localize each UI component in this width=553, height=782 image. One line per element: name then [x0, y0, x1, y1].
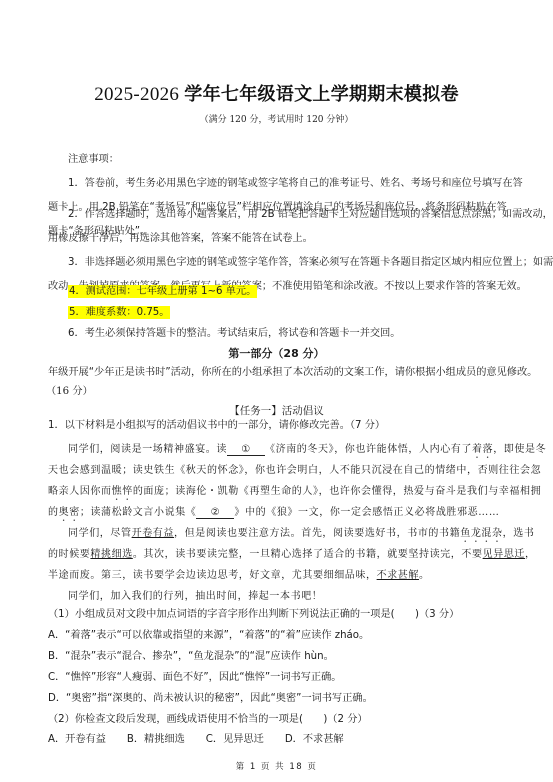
dotted-word: 憔悴: [112, 486, 133, 497]
passage-text: 》中的《狼》一文，你一定会感悟正义必将战胜邪恶……: [234, 507, 499, 518]
question-1-stem: 1．以下材料是小组拟写的活动倡议书中的一部分，请你修改完善。（7 分）: [48, 419, 385, 433]
passage-text: 的面庞；读海伦・凯勒《再塑生命的人》，也许你会懂得，热爱与奋斗是我们与幸福相拥: [133, 486, 541, 497]
highlighted-text: 5．难度系数：0.75。: [68, 306, 170, 319]
passage-text: ，选书: [503, 528, 535, 539]
passage-line-3: 略亲人因你而憔悴的面庞；读海伦・凯勒《再塑生命的人》，也许你会懂得，热爱与奋斗是…: [48, 482, 541, 503]
passage-text: 同学们，尽管: [68, 528, 132, 539]
notice-item-3-line-1: 3．非选择题必须用黑色字迹的钢笔或签字笔作答，答案必须写在答题卡各题目指定区域内…: [68, 256, 553, 270]
passage-text: ，但是阅读也要注意方法。首先，阅读要选好书，书市的书籍: [174, 528, 460, 539]
option-d: D．“奥密”指“深奥的、尚未被认识的秘密”，因此“奥密”一词书写正确。: [48, 692, 373, 706]
passage-line-2: 天也会感到温暖；读史铁生《秋天的怀念》，你也许会明白，人不能只沉浸在自己的情绪中…: [48, 461, 541, 476]
passage-text: 的时候要: [48, 549, 90, 560]
option-d: D．不求甚解: [285, 734, 344, 745]
sub-question-1-stem: （1）小组成员对文段中加点词语的字音字形作出判断下列说法正确的一项是( )（3 …: [48, 608, 459, 622]
notice-heading: 注意事项：: [68, 153, 119, 167]
underlined-idiom: 不求甚解: [377, 570, 419, 581]
underlined-idiom: 精挑细选: [90, 549, 132, 560]
passage-line-1: 同学们，阅读是一场精神盛宴。读①《济南的冬天》，你也许能体悟，人内心有了着落，即…: [68, 440, 546, 461]
option-c: C．“憔悴”形容“人瘦弱、面色不好”，因此“憔悴”一词书写正确。: [48, 671, 341, 685]
notice-item-2-line-2: 用橡皮擦干净后，再选涂其他答案，答案不能答在试卷上。: [48, 232, 313, 246]
sub-question-2-stem: （2）你检查文段后发现，画线成语使用不恰当的一项是( )（2 分）: [48, 713, 368, 727]
underlined-idiom: 开卷有益: [132, 528, 174, 539]
passage-text: 同学们，阅读是一场精神盛宴。读: [68, 444, 227, 455]
notice-item-1-line-1: 1．答卷前，考生务必用黑色字迹的钢笔或签字笔将自己的准考证号、姓名、考场号和座位…: [68, 177, 523, 191]
title-text: 学年七年级语文上学期期末模拟卷: [184, 84, 459, 105]
passage-text: 。: [419, 570, 430, 581]
exam-title: 2025-2026 学年七年级语文上学期期末模拟卷: [0, 80, 553, 106]
passage-text: ，即使是冬: [493, 444, 546, 455]
title-year: 2025-2026: [94, 84, 179, 105]
part-heading: 第一部分（28 分）: [0, 345, 553, 361]
underlined-idiom: 见异思迁: [483, 549, 525, 560]
passage-text: 。其次，读书要读完整，一旦精心选择了适合的书籍，就要坚持读完，不要: [133, 549, 483, 560]
passage-text: 《济南的冬天》，你也许能体悟，人内心有了: [265, 444, 472, 455]
passage-line-4: 的奥密；读蒲松龄文言小说集《②》中的《狼》一文，你一定会感悟正义必将战胜邪恶……: [48, 503, 499, 524]
passage-line-5: 同学们，尽管开卷有益，但是阅读也要注意方法。首先，阅读要选好书，书市的书籍鱼龙混…: [68, 524, 534, 545]
part-intro-line-2: （16 分）: [46, 385, 93, 399]
page-number: 第 1 页 共 18 页: [0, 760, 553, 772]
passage-text: 半途而废。第三，读书要学会边读边思考，好文章，尤其要细细品味，: [48, 570, 377, 581]
option-b: B．精挑细选: [127, 734, 185, 745]
passage-text: ，: [525, 549, 536, 560]
passage-line-8: 同学们，加入我们的行列，抽出时间，捧起一本书吧！: [68, 587, 322, 602]
passage-line-6: 的时候要精挑细选。其次，读书要读完整，一旦精心选择了适合的书籍，就要坚持读完，不…: [48, 545, 536, 560]
highlighted-text: 4．测试范围：七年级上册第 1~6 单元。: [68, 285, 257, 298]
option-a: A．“着落”表示“可以依靠或指望的来源”，“着落”的“着”应读作 zháo。: [48, 629, 369, 643]
notice-item-2-line-1: 2．作答选择题时，选出每小题答案后，用 2B 铅笔把答题卡上对应题目选项的答案信…: [68, 208, 553, 222]
notice-item-5: 5．难度系数：0.75。: [68, 306, 170, 320]
blank-2: ②: [196, 507, 234, 519]
passage-line-7: 半途而废。第三，读书要学会边读边思考，好文章，尤其要细细品味，不求甚解。: [48, 566, 430, 581]
dotted-word: 鱼龙混杂: [460, 528, 502, 539]
notice-item-4: 4．测试范围：七年级上册第 1~6 单元。: [68, 285, 257, 299]
dotted-word: 奥密: [59, 507, 80, 518]
option-c: C．见异思迁: [206, 734, 264, 745]
option-a: A．开卷有益: [48, 734, 106, 745]
passage-text: 的: [48, 507, 59, 518]
passage-text: 略亲人因你而: [48, 486, 112, 497]
passage-text: ；读蒲松龄文言小说集《: [80, 507, 197, 518]
notice-item-6: 6．考生必须保持答题卡的整洁。考试结束后，将试卷和答题卡一并交回。: [68, 327, 400, 341]
dotted-word: 着落: [472, 444, 493, 455]
option-b: B．“混杂”表示“混合、掺杂”，“鱼龙混杂”的“混”应读作 hùn。: [48, 650, 334, 664]
sub-question-2-options: A．开卷有益 B．精挑细选 C．见异思迁 D．不求甚解: [48, 733, 344, 747]
exam-subtitle: （满分 120 分，考试用时 120 分钟）: [0, 112, 553, 125]
part-intro-line-1: 年级开展“少年正是读书时”活动，你所在的小组承担了本次活动的文案工作，请你根据小…: [48, 366, 537, 380]
blank-1: ①: [227, 444, 265, 456]
task-heading: 【任务一】活动倡议: [0, 403, 553, 418]
